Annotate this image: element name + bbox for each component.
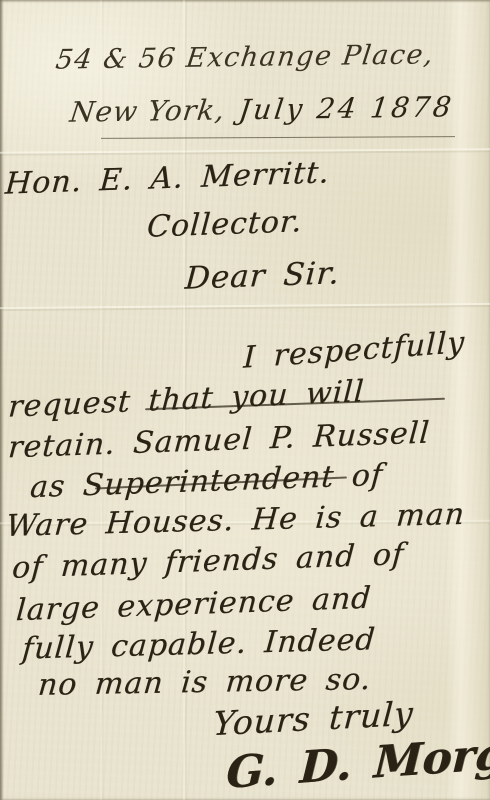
body-line: I respectfully	[243, 328, 466, 374]
fold-crease-horizontal-1	[0, 148, 490, 155]
letter-photo: 54 & 56 Exchange Place, New York,July 24…	[0, 0, 490, 800]
recipient-title-line: Collector.	[146, 207, 303, 243]
letterhead-dateline: New York,July 24 1878	[68, 93, 455, 126]
date-rule-line	[101, 136, 455, 139]
body-line: of many friends and of	[11, 540, 405, 584]
letter-paper: 54 & 56 Exchange Place, New York,July 24…	[0, 0, 490, 800]
body-line: no man is more so.	[37, 665, 373, 701]
body-line: request that you will	[7, 377, 365, 423]
body-line: Ware Houses. He is a man	[5, 500, 466, 542]
body-line: large experience and	[15, 584, 372, 626]
letterhead-address: 54 & 56 Exchange Place,	[0, 41, 490, 75]
valediction-line: Yours truly	[212, 697, 415, 741]
letterhead-city: New York,	[68, 93, 227, 128]
fold-crease-horizontal-2	[0, 303, 490, 311]
body-line: retain. Samuel P. Russell	[7, 419, 431, 464]
body-line: fully capable. Indeed	[21, 625, 377, 664]
handwritten-date: July 24 1878	[237, 90, 456, 126]
salutation-line: Dear Sir.	[184, 258, 341, 294]
recipient-name-line: Hon. E. A. Merritt.	[4, 158, 331, 199]
